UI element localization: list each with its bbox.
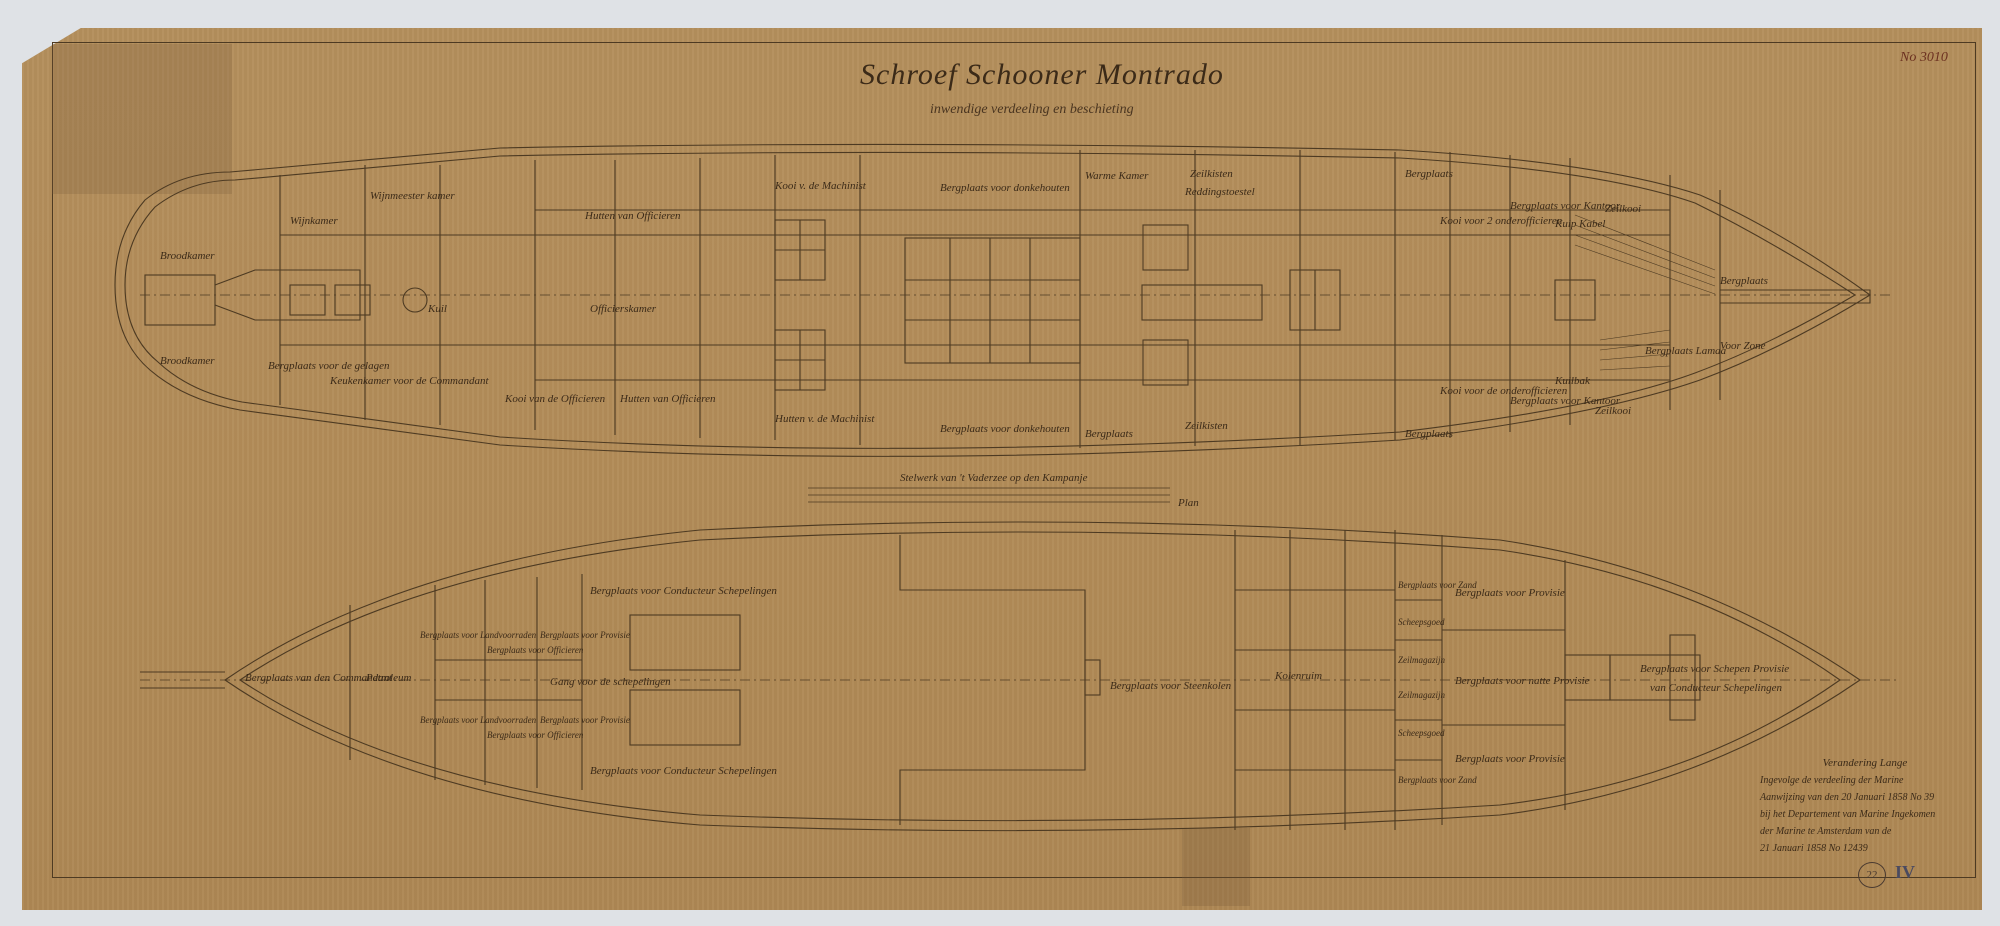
room-label: Bergplaats voor natte Provisie: [1455, 675, 1590, 687]
room-label: Scheepsgoed: [1398, 617, 1444, 627]
room-label: Wijnmeester kamer: [370, 190, 455, 202]
room-label: Warme Kamer: [1085, 170, 1148, 182]
room-label: Kooi voor 2 onderofficieren: [1440, 215, 1562, 227]
room-label: Kolenruim: [1275, 670, 1322, 682]
room-label: Bergplaats voor Officieren: [487, 730, 583, 740]
annotation-line: 21 Januari 1858 No 12439: [1760, 840, 1970, 857]
room-label: Kuil: [428, 303, 447, 315]
annotation-line: Aanwijzing van den 20 Januari 1858 No 39: [1760, 789, 1970, 806]
room-label: Keukenkamer voor de Commandant: [330, 375, 489, 387]
annotation-line: der Marine te Amsterdam van de: [1760, 823, 1970, 840]
room-label: Bergplaats voor Provisie: [540, 715, 630, 725]
room-label: Reddingstoestel: [1185, 186, 1255, 198]
room-label: Bergplaats voor Provisie: [540, 630, 630, 640]
room-label: Bergplaats Lamaa: [1645, 345, 1726, 357]
room-label: Officierskamer: [590, 303, 656, 315]
room-label: Bergplaats voor Kantoor: [1510, 200, 1620, 212]
railing-end-label: Plan: [1178, 497, 1199, 509]
room-label: Bergplaats voor Landvoorraden: [420, 715, 536, 725]
annotation-line: Ingevolge de verdeeling der Marine: [1760, 772, 1970, 789]
room-label: Gang voor de schepelingen: [550, 676, 671, 688]
room-label: Bergplaats voor donkehouten: [940, 423, 1070, 435]
room-label: Bergplaats voor donkehouten: [940, 182, 1070, 194]
room-label: Kuilbak: [1555, 375, 1590, 387]
room-label: Bergplaats voor Conducteur Schepelingen: [590, 585, 777, 597]
room-label: Hutten van Officieren: [585, 210, 681, 222]
room-label: Hutten v. de Machinist: [775, 413, 874, 425]
room-label: Zeilkooi: [1595, 405, 1631, 417]
room-label: Bergplaats voor Conducteur Schepelingen: [590, 765, 777, 777]
room-label: Scheepsgoed: [1398, 728, 1444, 738]
room-label: Bergplaats: [1085, 428, 1133, 440]
room-label: Voor Zone: [1720, 340, 1766, 352]
archive-stamp: 22: [1858, 862, 1886, 888]
ship-plan-drawing: [0, 0, 2000, 926]
room-label: Bergplaats voor de gelagen: [268, 360, 389, 372]
room-label: Bergplaats: [1405, 168, 1453, 180]
room-label: Kuip Kabel: [1555, 218, 1605, 230]
room-label: Wijnkamer: [290, 215, 338, 227]
room-label: Zeilkisten: [1185, 420, 1228, 432]
annotation-note: Verandering Lange Ingevolge de verdeelin…: [1760, 755, 1970, 857]
room-label: Zeilkisten: [1190, 168, 1233, 180]
room-label: Hutten van Officieren: [620, 393, 716, 405]
room-label: Zeilmagazijn: [1398, 655, 1445, 665]
room-label: Zeilkooi: [1605, 203, 1641, 215]
room-label: Bergplaats: [1720, 275, 1768, 287]
room-label: Bergplaats voor Steenkolen: [1110, 680, 1231, 692]
room-label: Zeilmagazijn: [1398, 690, 1445, 700]
room-label: Petroleum: [366, 672, 411, 684]
annotation-line: bij het Departement van Marine Ingekomen: [1760, 806, 1970, 823]
room-label: Bergplaats: [1405, 428, 1453, 440]
archive-roman-stamp: IV: [1895, 862, 1915, 883]
room-label: Kooi v. de Machinist: [775, 180, 866, 192]
room-label: Broodkamer: [160, 355, 215, 367]
railing-detail: [808, 488, 1170, 502]
room-label: van Conducteur Schepelingen: [1650, 682, 1782, 694]
room-label: Broodkamer: [160, 250, 215, 262]
annotation-heading: Verandering Lange: [1760, 755, 1970, 772]
room-label: Kooi van de Officieren: [505, 393, 605, 405]
room-label: Bergplaats voor Schepen Provisie: [1640, 663, 1789, 675]
room-label: Bergplaats voor Officieren: [487, 645, 583, 655]
room-label: Bergplaats voor Provisie: [1455, 587, 1565, 599]
room-label: Bergplaats voor Zand: [1398, 775, 1477, 785]
railing-label: Stelwerk van 't Vaderzee op den Kampanje: [900, 472, 1087, 484]
room-label: Bergplaats voor Landvoorraden: [420, 630, 536, 640]
room-label: Bergplaats voor Provisie: [1455, 753, 1565, 765]
